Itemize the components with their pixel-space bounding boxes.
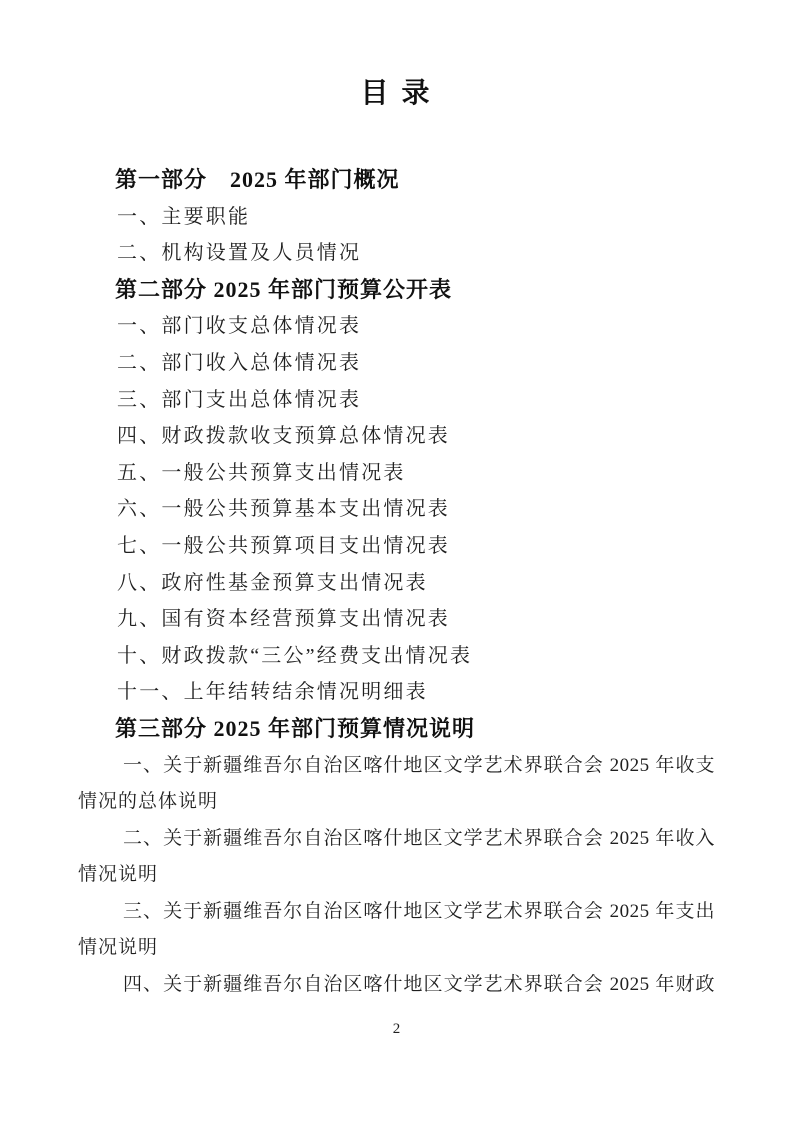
toc-item: 一、主要职能 (78, 199, 715, 236)
toc-item: 六、一般公共预算基本支出情况表 (78, 491, 715, 528)
toc-paragraph-line: 二、关于新疆维吾尔自治区喀什地区文学艺术界联合会 2025 年收入预算 (78, 821, 715, 858)
toc-item: 一、部门收支总体情况表 (78, 308, 715, 345)
toc-item: 三、部门支出总体情况表 (78, 382, 715, 419)
toc-paragraph-line: 三、关于新疆维吾尔自治区喀什地区文学艺术界联合会 2025 年支出预算 (78, 894, 715, 931)
toc-paragraph-line: 情况说明 (78, 857, 715, 894)
toc-item: 四、财政拨款收支预算总体情况表 (78, 418, 715, 455)
toc-section-heading-part3: 第三部分 2025 年部门预算情况说明 (78, 711, 715, 748)
page-title: 目 录 (78, 76, 715, 112)
toc-item: 五、一般公共预算支出情况表 (78, 455, 715, 492)
toc-item: 二、部门收入总体情况表 (78, 345, 715, 382)
document-page: 目 录 第一部分 2025 年部门概况 一、主要职能 二、机构设置及人员情况 第… (0, 0, 793, 1122)
table-of-contents: 第一部分 2025 年部门概况 一、主要职能 二、机构设置及人员情况 第二部分 … (78, 162, 715, 1004)
toc-item: 七、一般公共预算项目支出情况表 (78, 528, 715, 565)
toc-item: 九、国有资本经营预算支出情况表 (78, 601, 715, 638)
toc-item: 八、政府性基金预算支出情况表 (78, 565, 715, 602)
toc-paragraph-line: 情况的总体说明 (78, 784, 715, 821)
page-number: 2 (0, 1019, 793, 1039)
toc-paragraph-line: 情况说明 (78, 930, 715, 967)
toc-paragraph-line: 一、关于新疆维吾尔自治区喀什地区文学艺术界联合会 2025 年收支预算 (78, 748, 715, 785)
toc-item: 十一、上年结转结余情况明细表 (78, 674, 715, 711)
toc-paragraph-line: 四、关于新疆维吾尔自治区喀什地区文学艺术界联合会 2025 年财政拨款 (78, 967, 715, 1004)
toc-item: 二、机构设置及人员情况 (78, 235, 715, 272)
toc-section-heading-part2: 第二部分 2025 年部门预算公开表 (78, 272, 715, 309)
toc-section-heading-part1: 第一部分 2025 年部门概况 (78, 162, 715, 199)
toc-item: 十、财政拨款“三公”经费支出情况表 (78, 638, 715, 675)
